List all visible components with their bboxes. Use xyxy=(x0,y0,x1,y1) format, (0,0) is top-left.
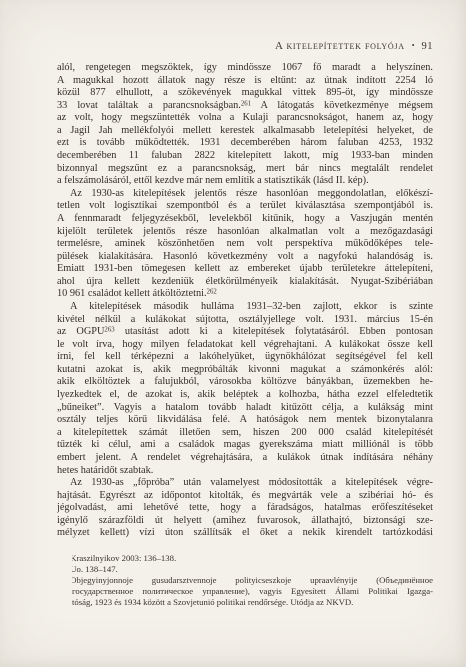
text-line: pülések kialakítására. Hasonló következm… xyxy=(57,251,433,264)
text-line: Az 1930-as „főpróba” után valamelyest mó… xyxy=(57,477,433,490)
text-line: a Jagil Jah mellékfolyói mellett kereste… xyxy=(57,125,433,138)
text-line: igénylő szárazföldi út helyett (amihez f… xyxy=(57,515,433,528)
footnote-ref: 263 xyxy=(104,327,114,334)
text-line: a felszámolásáról, ettől kezdve már nem … xyxy=(57,175,433,188)
footnote-ref: 261 xyxy=(241,100,251,107)
text-line: hajtását. Egyrészt az időpontot kitolták… xyxy=(57,490,433,503)
text-line: lyezkedtek el, de azokat is, akik belépt… xyxy=(57,389,433,402)
paragraph: Az 1930-as kitelepítések jelentős része … xyxy=(57,188,433,301)
text-line: osztály teljes körű likvidálása felé. A … xyxy=(57,414,433,427)
footnote-line: 261Kraszilnyikov 2003: 136–138. xyxy=(72,553,433,564)
text-line: Emiatt 1931-ben tömegesen kellett az emb… xyxy=(57,263,433,276)
footnote-line: государственное политическое управление)… xyxy=(72,586,433,597)
footnote-line: 263Objegyinyjonnoje gusudarsztvennoje po… xyxy=(72,575,433,586)
footnote: 261Kraszilnyikov 2003: 136–138. xyxy=(57,553,433,564)
text-line: bizonnyal megszűnt ez a parancsnokság, m… xyxy=(57,163,433,176)
footnotes-block: 261Kraszilnyikov 2003: 136–138.262Uo. 13… xyxy=(57,553,433,608)
text-line: kijelölt területek jelentős része hasonl… xyxy=(57,226,433,239)
footnote-line: 262Uo. 138–147. xyxy=(72,564,433,575)
separator-dot: • xyxy=(412,41,415,50)
page-number: 91 xyxy=(422,41,434,52)
paragraph: Az 1930-as „főpróba” után valamelyest mó… xyxy=(57,477,433,540)
body-text: alól, rengetegen megszöktek, így mindöss… xyxy=(57,62,433,540)
text-line: 33 lovat találtak a parancsnokságban.261… xyxy=(57,100,433,113)
text-line: ahol újra kellett kezdeniük életkörülmén… xyxy=(57,276,433,289)
text-line: a kitelepítettek számát illetően sem, hi… xyxy=(57,427,433,440)
text-line: Az 1930-as kitelepítések jelentős része … xyxy=(57,188,433,201)
text-line: A fennmaradt feljegyzésekből, levelekből… xyxy=(57,213,433,226)
text-line: A kitelepítések második hulláma 1931–32-… xyxy=(57,301,433,314)
text-line: decemberében 11 faluban 2822 kitelepítet… xyxy=(57,150,433,163)
text-line: A magukkal hozott állatok nagy része is … xyxy=(57,75,433,88)
footnote: 263Objegyinyjonnoje gusudarsztvennoje po… xyxy=(57,575,433,608)
footnote-ref: 262 xyxy=(207,289,217,296)
book-page: A kitelepítettek folyója•91 alól, renget… xyxy=(0,0,466,667)
footnote-line: tóság, 1923 és 1934 között a Szovjetunió… xyxy=(72,597,433,608)
paragraph: A kitelepítések második hulláma 1931–32-… xyxy=(57,301,433,477)
text-line: termelésre, aminek köszönhetően nem volt… xyxy=(57,238,433,251)
text-line: akik elköltöztek a falujukból, városokba… xyxy=(57,376,433,389)
text-line: embert jelent. A rendelet végrehajtására… xyxy=(57,452,433,465)
text-line: az OGPU263 utasítást adott ki a kitelepí… xyxy=(57,326,433,339)
text-line: mélyzet kellett) vízi úton szállítsák el… xyxy=(57,527,433,540)
text-line: hetes határidőt szabtak. xyxy=(57,465,433,478)
text-line: ezt is tovább működtették. 1931 december… xyxy=(57,137,433,150)
text-line: írni, fel kell térképezni a lakóhelyüket… xyxy=(57,351,433,364)
text-line: alól, rengetegen megszöktek, így mindöss… xyxy=(57,62,433,75)
running-header: A kitelepítettek folyója•91 xyxy=(57,38,433,51)
footnote: 262Uo. 138–147. xyxy=(57,564,433,575)
text-line: közül 877 elhullott, a szökevények maguk… xyxy=(57,87,433,100)
text-line: kivétel nélkül a kulákokat sújtotta, osz… xyxy=(57,314,433,327)
text-line: tetlen volt logisztikai szempontból és a… xyxy=(57,200,433,213)
paragraph: alól, rengetegen megszöktek, így mindöss… xyxy=(57,62,433,188)
text-line: 10 961 családot kellett átköltöztetni.26… xyxy=(57,288,433,301)
text-line: jégolvadást, ami lehetővé tette, hogy a … xyxy=(57,502,433,515)
text-line: le volt írva, hogy milyen feladatokat ke… xyxy=(57,339,433,352)
text-line: kutatni azokat is, akik megpróbálták kiv… xyxy=(57,364,433,377)
text-line: tűzték ki célul, ami a családok magas gy… xyxy=(57,439,433,452)
text-line: „bűneiket”. Vagyis a hatalom tovább hala… xyxy=(57,402,433,415)
running-title: A kitelepítettek folyója xyxy=(275,40,405,52)
text-line: az volt, hogy megszüntették volna a Kula… xyxy=(57,112,433,125)
